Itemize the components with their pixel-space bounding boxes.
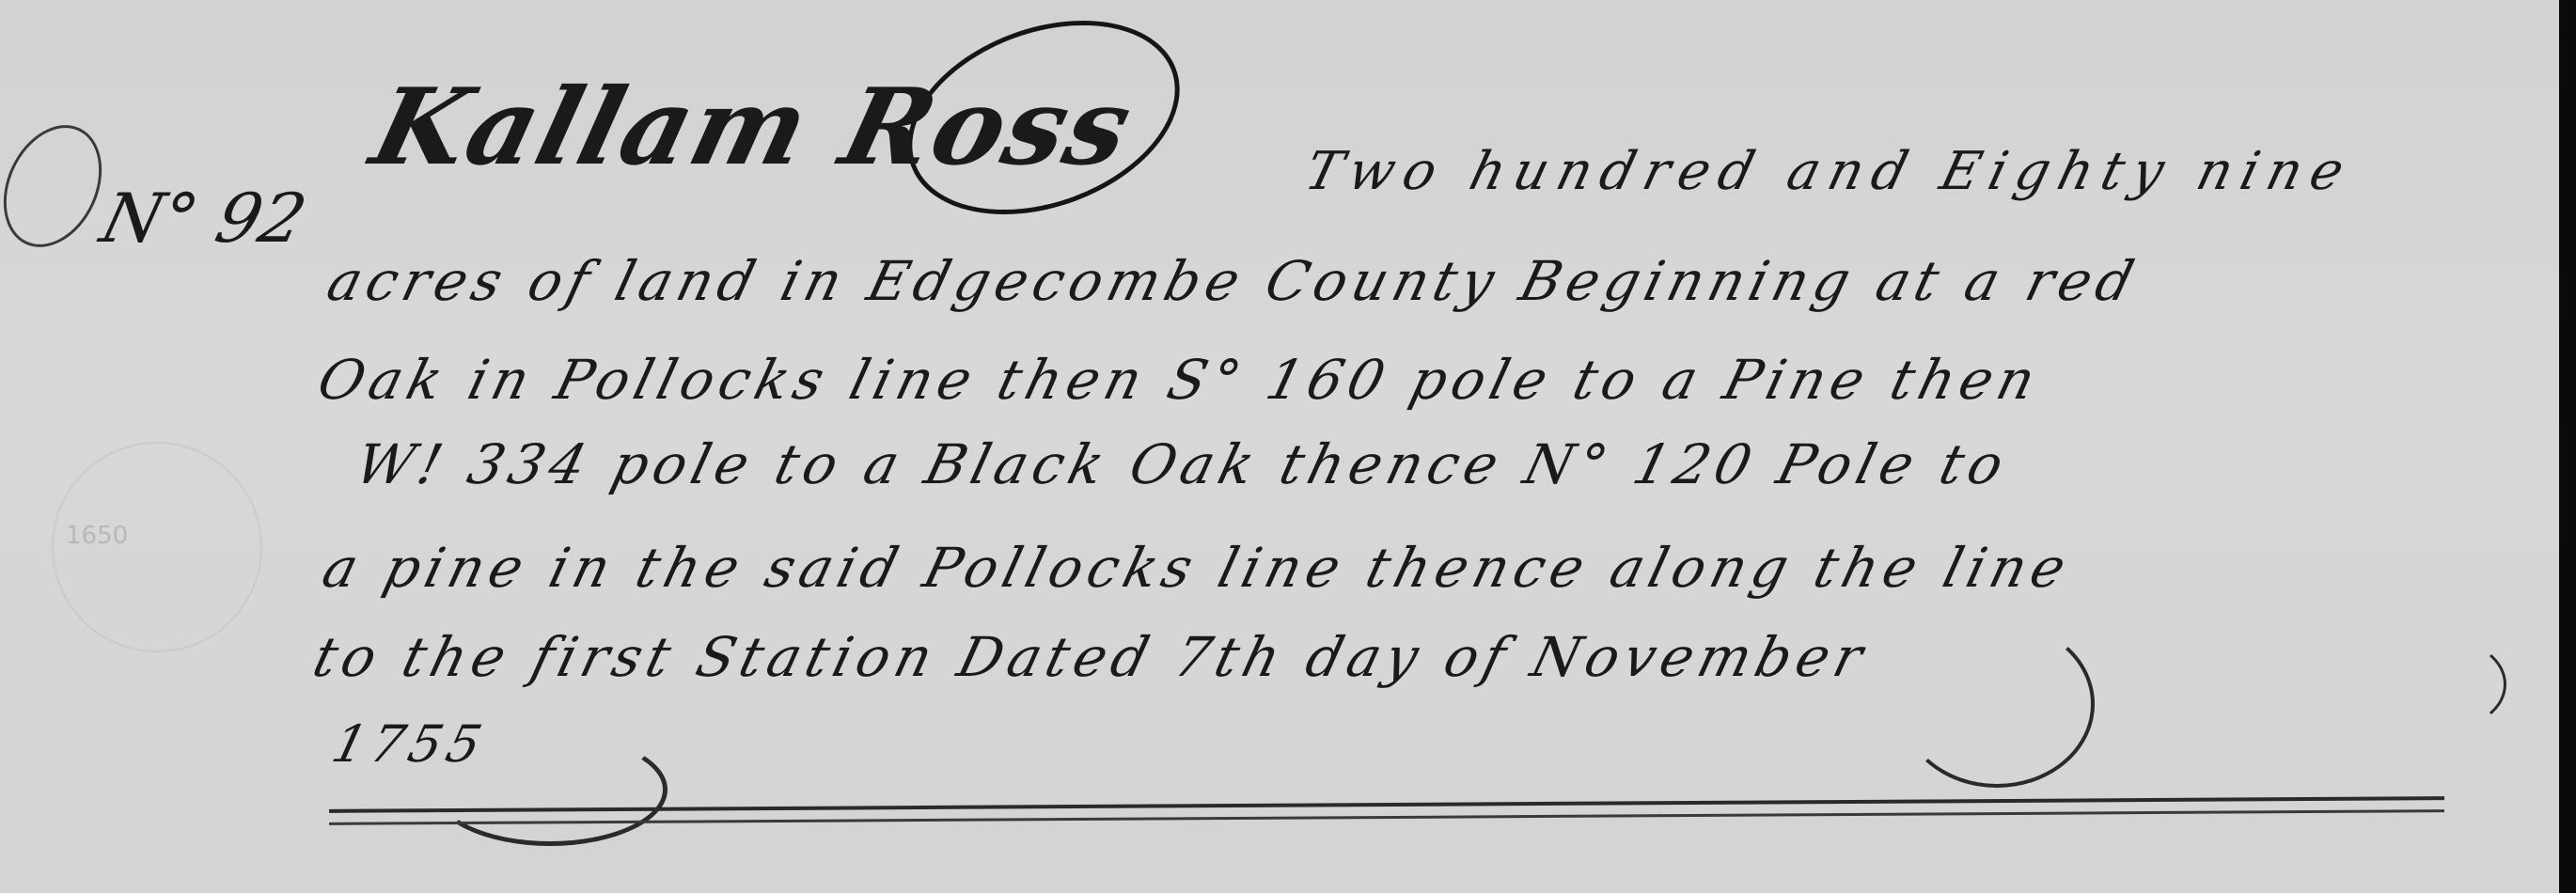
text-line-5: a pine in the said Pollocks line thence … bbox=[317, 536, 2078, 600]
month-flourish bbox=[2388, 639, 2506, 729]
document-page: 1650 N° 92 Kallam Ross Two hundred and E… bbox=[0, 0, 2559, 893]
text-line-3: Oak in Pollocks line then S° 160 pole to… bbox=[312, 348, 2048, 412]
text-line-4: W! 334 pole to a Black Oak thence N° 120… bbox=[350, 432, 2016, 496]
text-line-1: Two hundred and Eighty nine bbox=[1299, 141, 2360, 202]
faint-stamp-text: 1650 bbox=[66, 522, 128, 550]
date-flourish bbox=[1899, 620, 2095, 788]
text-line-2: acres of land in Edgecombe County Beginn… bbox=[322, 249, 2146, 313]
scan-border bbox=[2559, 0, 2576, 893]
entry-number: N° 92 bbox=[94, 179, 314, 258]
grantee-name: Kallam Ross bbox=[361, 66, 1145, 189]
text-line-6: to the first Station Dated 7th day of No… bbox=[307, 625, 1875, 689]
year-flourish bbox=[432, 733, 668, 846]
